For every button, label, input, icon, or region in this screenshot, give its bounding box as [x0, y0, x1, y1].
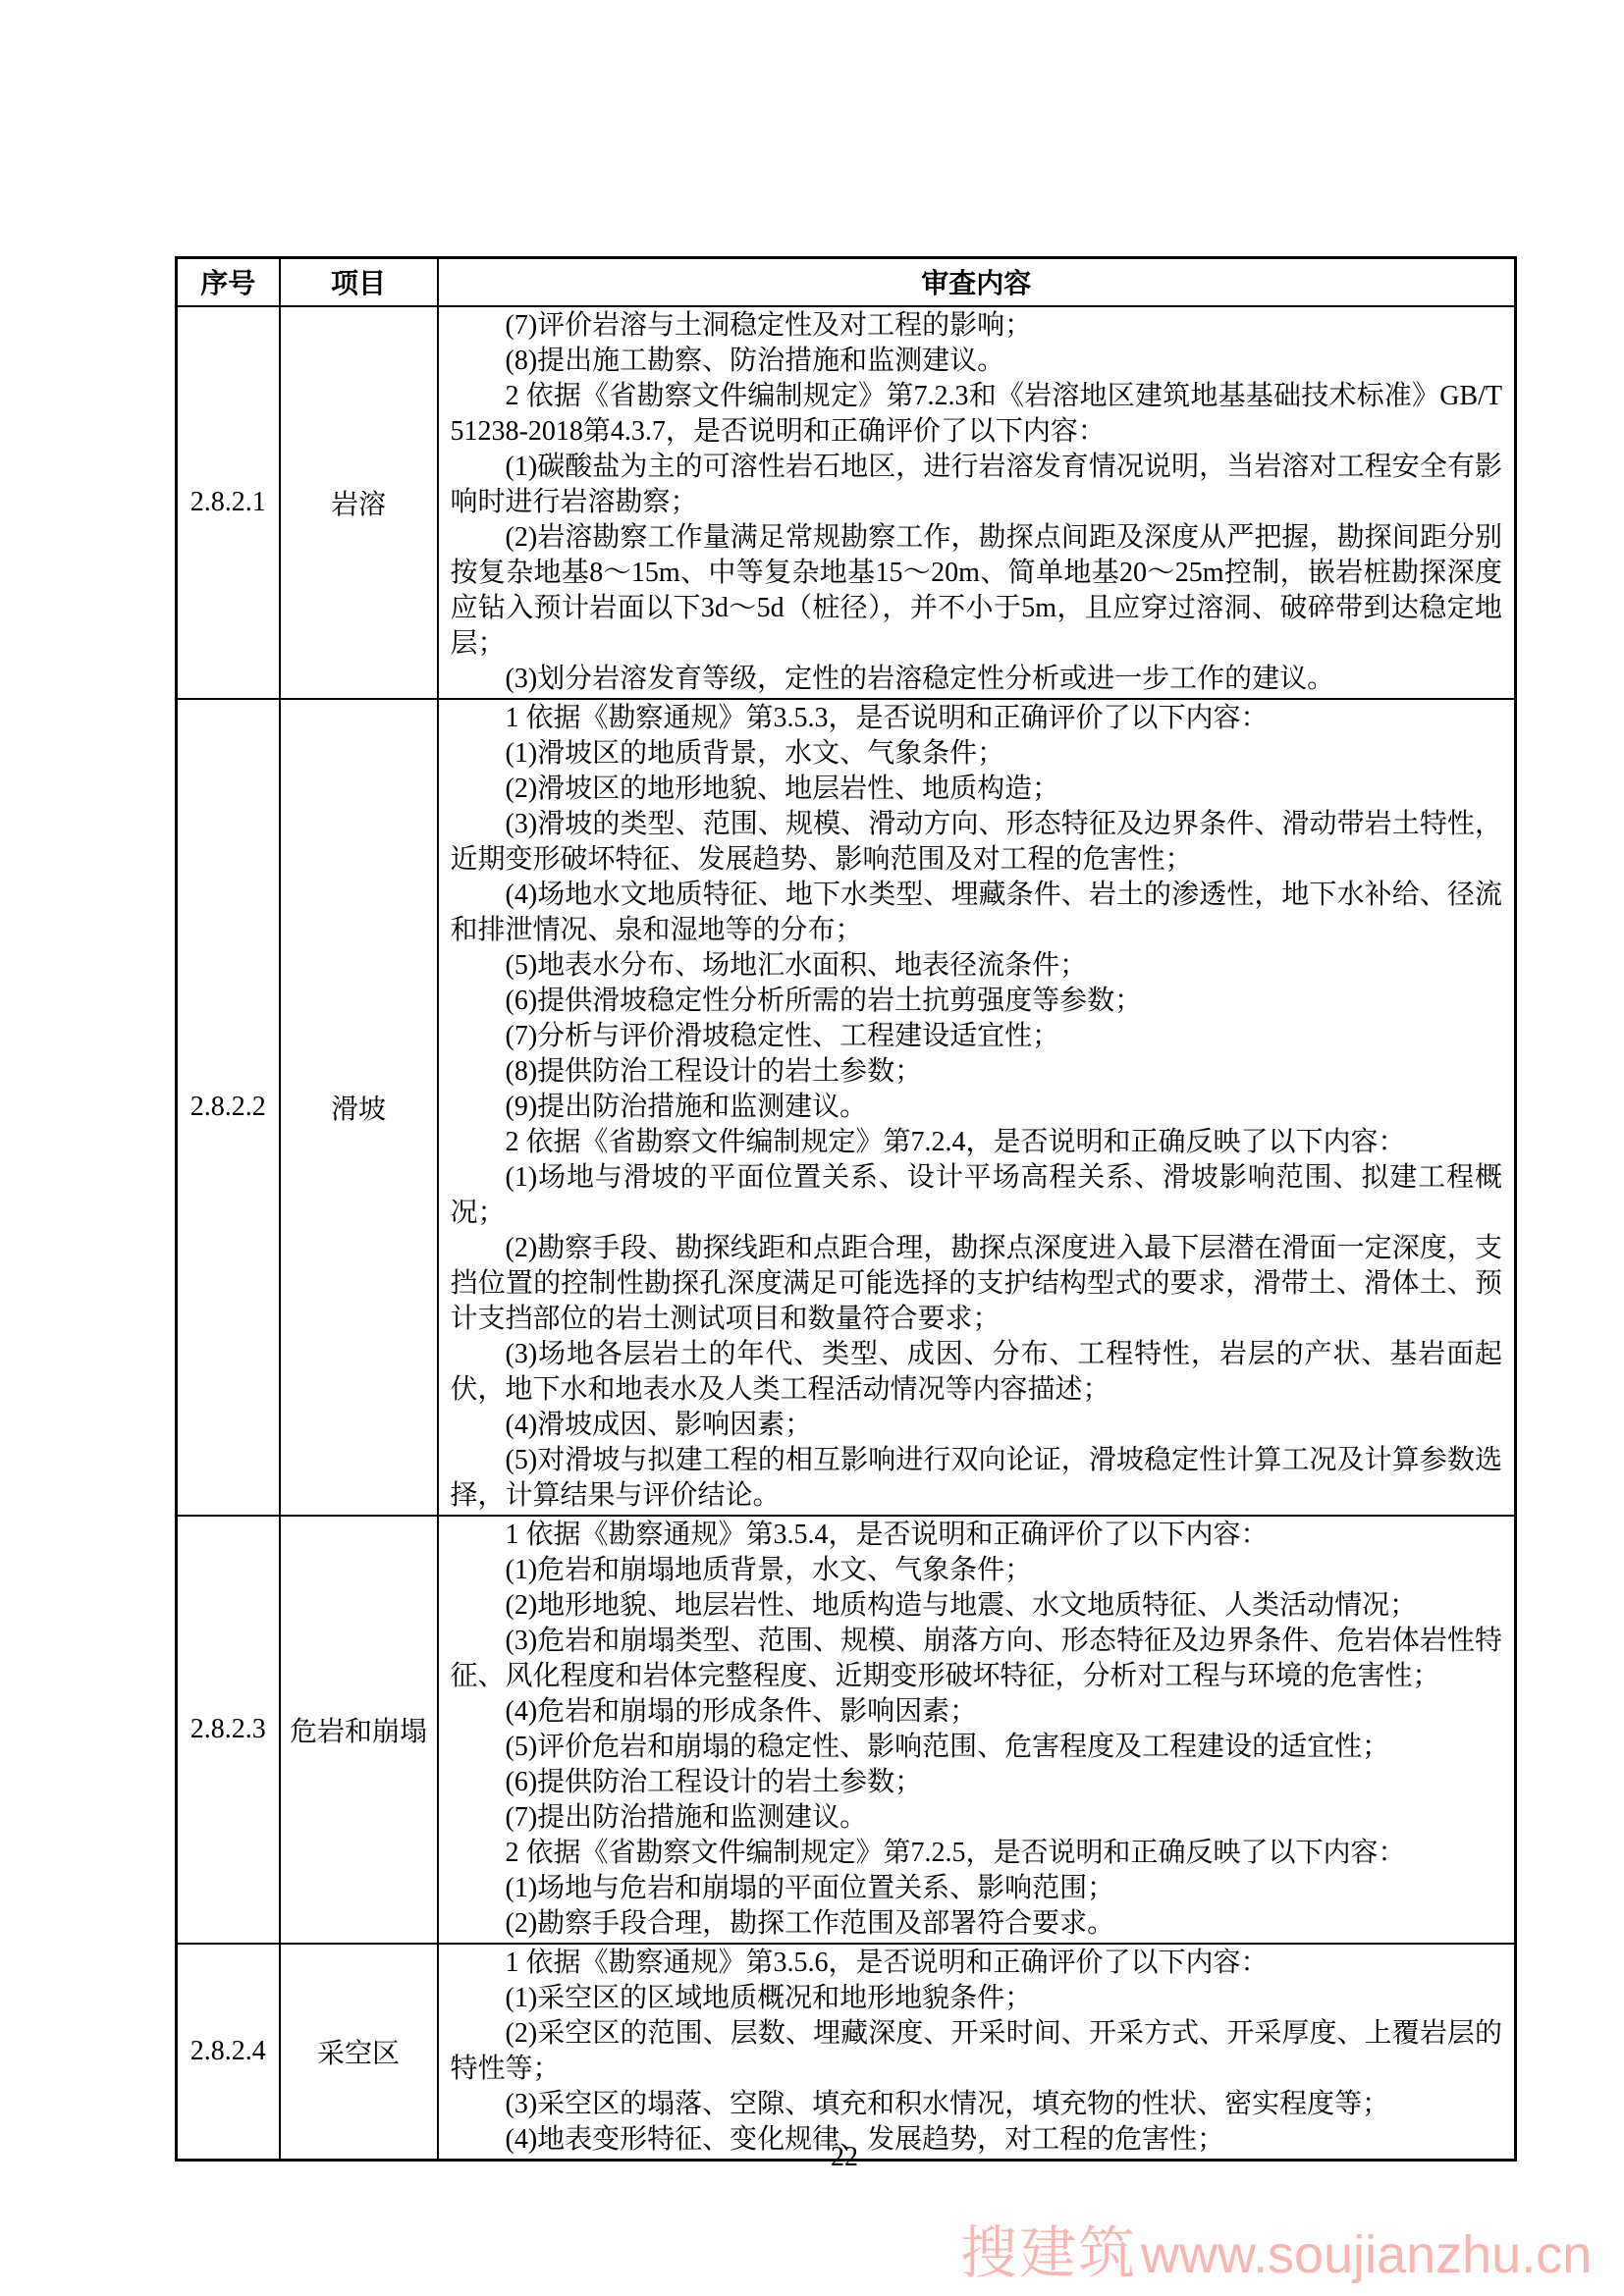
content-paragraph: (2)岩溶勘察工作量满足常规勘察工作，勘探点间距及深度从严把握，勘探间距分别按复… [451, 520, 1503, 662]
header-seq: 序号 [177, 258, 280, 306]
content-paragraph: (3)滑坡的类型、范围、规模、滑动方向、形态特征及边界条件、滑动带岩土特性，近期… [451, 807, 1503, 878]
content-paragraph: (2)勘察手段、勘探线距和点距合理，勘探点深度进入最下层潜在滑面一定深度，支挡位… [451, 1231, 1503, 1337]
row-id: 2.8.2.4 [177, 1944, 280, 2161]
header-content: 审查内容 [438, 258, 1516, 306]
content-paragraph: (4)危岩和崩塌的形成条件、影响因素； [451, 1694, 1503, 1730]
content-paragraph: (1)场地与滑坡的平面位置关系、设计平场高程关系、滑坡影响范围、拟建工程概况； [451, 1160, 1503, 1231]
content-paragraph: (1)场地与危岩和崩塌的平面位置关系、影响范围； [451, 1871, 1503, 1906]
content-paragraph: (9)提出防治措施和监测建议。 [451, 1090, 1503, 1125]
table-row: 2.8.2.3 危岩和崩塌 1 依据《勘察通规》第3.5.4，是否说明和正确评价… [177, 1516, 1516, 1944]
content-paragraph: (2)地形地貌、地层岩性、地质构造与地震、水文地质特征、人类活动情况； [451, 1588, 1503, 1624]
content-paragraph: (2)滑坡区的地形地貌、地层岩性、地质构造； [451, 772, 1503, 807]
table-body: 2.8.2.1 岩溶 (7)评价岩溶与土洞稳定性及对工程的影响；(8)提出施工勘… [177, 306, 1516, 2161]
content-paragraph: (5)对滑坡与拟建工程的相互影响进行双向论证，滑坡稳定性计算工况及计算参数选择，… [451, 1443, 1503, 1514]
row-content: (7)评价岩溶与土洞稳定性及对工程的影响；(8)提出施工勘察、防治措施和监测建议… [438, 306, 1516, 699]
content-paragraph: 2 依据《省勘察文件编制规定》第7.2.4，是否说明和正确反映了以下内容： [451, 1125, 1503, 1160]
content-paragraph: (7)分析与评价滑坡稳定性、工程建设适宜性； [451, 1019, 1503, 1054]
table-header-row: 序号 项目 审查内容 [177, 258, 1516, 306]
row-item: 滑坡 [280, 699, 438, 1516]
content-paragraph: (6)提供防治工程设计的岩土参数； [451, 1765, 1503, 1800]
row-item: 危岩和崩塌 [280, 1516, 438, 1944]
content-paragraph: 1 依据《勘察通规》第3.5.4，是否说明和正确评价了以下内容： [451, 1518, 1503, 1553]
row-id: 2.8.2.2 [177, 699, 280, 1516]
content-paragraph: (3)采空区的塌落、空隙、填充和积水情况，填充物的性状、密实程度等； [451, 2087, 1503, 2122]
row-content: 1 依据《勘察通规》第3.5.3，是否说明和正确评价了以下内容：(1)滑坡区的地… [438, 699, 1516, 1516]
row-id: 2.8.2.3 [177, 1516, 280, 1944]
content-paragraph: (3)危岩和崩塌类型、范围、规模、崩落方向、形态特征及边界条件、危岩体岩性特征、… [451, 1624, 1503, 1694]
content-paragraph: (2)采空区的范围、层数、埋藏深度、开采时间、开采方式、开采厚度、上覆岩层的特性… [451, 2016, 1503, 2087]
header-item: 项目 [280, 258, 438, 306]
content-paragraph: (8)提出施工勘察、防治措施和监测建议。 [451, 344, 1503, 379]
watermark-cn-text: 搜建筑 [960, 2221, 1137, 2285]
content-paragraph: (5)地表水分布、场地汇水面积、地表径流条件； [451, 948, 1503, 984]
content-paragraph: (1)滑坡区的地质背景，水文、气象条件； [451, 736, 1503, 772]
content-paragraph: (1)采空区的区域地质概况和地形地貌条件； [451, 1981, 1503, 2016]
row-content: 1 依据《勘察通规》第3.5.6，是否说明和正确评价了以下内容：(1)采空区的区… [438, 1944, 1516, 2161]
table-row: 2.8.2.2 滑坡 1 依据《勘察通规》第3.5.3，是否说明和正确评价了以下… [177, 699, 1516, 1516]
content-paragraph: (7)评价岩溶与土洞稳定性及对工程的影响； [451, 308, 1503, 344]
content-paragraph: 2 依据《省勘察文件编制规定》第7.2.5，是否说明和正确反映了以下内容： [451, 1836, 1503, 1871]
review-table: 序号 项目 审查内容 2.8.2.1 岩溶 (7)评价岩溶与土洞稳定性及对工程的… [175, 256, 1517, 2162]
content-paragraph: (3)场地各层岩土的年代、类型、成因、分布、工程特性，岩层的产状、基岩面起伏，地… [451, 1337, 1503, 1408]
watermark-url-text: www.soujianzhu.cn [1141, 2225, 1592, 2284]
content-paragraph: 1 依据《勘察通规》第3.5.3，是否说明和正确评价了以下内容： [451, 701, 1503, 736]
row-content: 1 依据《勘察通规》第3.5.4，是否说明和正确评价了以下内容：(1)危岩和崩塌… [438, 1516, 1516, 1944]
content-paragraph: (7)提出防治措施和监测建议。 [451, 1800, 1503, 1836]
table-row: 2.8.2.1 岩溶 (7)评价岩溶与土洞稳定性及对工程的影响；(8)提出施工勘… [177, 306, 1516, 699]
content-paragraph: 1 依据《勘察通规》第3.5.6，是否说明和正确评价了以下内容： [451, 1946, 1503, 1981]
content-paragraph: (1)碳酸盐为主的可溶性岩石地区，进行岩溶发育情况说明，当岩溶对工程安全有影响时… [451, 450, 1503, 520]
document-page: 序号 项目 审查内容 2.8.2.1 岩溶 (7)评价岩溶与土洞稳定性及对工程的… [0, 0, 1624, 2296]
table-row: 2.8.2.4 采空区 1 依据《勘察通规》第3.5.6，是否说明和正确评价了以… [177, 1944, 1516, 2161]
row-id: 2.8.2.1 [177, 306, 280, 699]
content-paragraph: (5)评价危岩和崩塌的稳定性、影响范围、危害程度及工程建设的适宜性； [451, 1730, 1503, 1765]
content-paragraph: (8)提供防治工程设计的岩土参数； [451, 1054, 1503, 1090]
watermark: 搜建筑 www.soujianzhu.cn [960, 2207, 1592, 2289]
content-paragraph: (4)滑坡成因、影响因素； [451, 1408, 1503, 1443]
content-paragraph: (3)划分岩溶发育等级，定性的岩溶稳定性分析或进一步工作的建议。 [451, 662, 1503, 697]
content-paragraph: (1)危岩和崩塌地质背景，水文、气象条件； [451, 1553, 1503, 1588]
content-paragraph: (2)勘察手段合理，勘探工作范围及部署符合要求。 [451, 1906, 1503, 1942]
row-item: 采空区 [280, 1944, 438, 2161]
content-paragraph: (6)提供滑坡稳定性分析所需的岩土抗剪强度等参数； [451, 984, 1503, 1019]
content-paragraph: (4)场地水文地质特征、地下水类型、埋藏条件、岩土的渗透性，地下水补给、径流和排… [451, 878, 1503, 948]
page-number: 22 [175, 2140, 1514, 2175]
row-item: 岩溶 [280, 306, 438, 699]
content-paragraph: 2 依据《省勘察文件编制规定》第7.2.3和《岩溶地区建筑地基基础技术标准》GB… [451, 379, 1503, 450]
